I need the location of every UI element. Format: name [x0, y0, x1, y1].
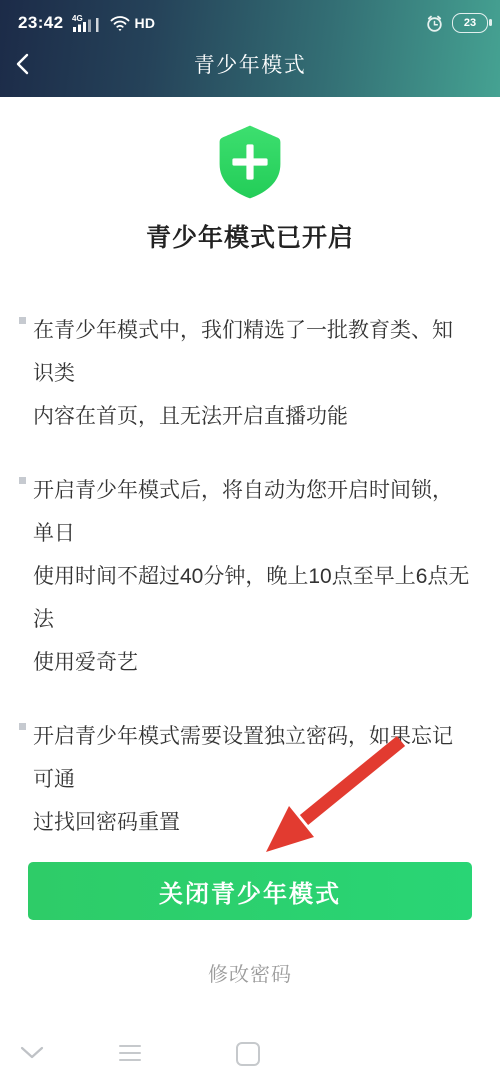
clock-time: 23:42	[18, 13, 63, 33]
shield-plus-icon	[210, 124, 290, 200]
battery-indicator: 23	[452, 13, 488, 33]
back-button[interactable]	[16, 48, 44, 80]
change-password-link[interactable]: 修改密码	[0, 958, 500, 987]
page-title: 青少年模式	[194, 49, 307, 79]
status-bar: 23:42 4G HD 23	[0, 0, 500, 36]
close-teen-mode-button[interactable]: 关闭青少年模式	[28, 862, 472, 920]
home-square-icon[interactable]	[236, 1042, 260, 1066]
mode-status-title: 青少年模式已开启	[0, 218, 500, 254]
wifi-icon	[110, 15, 130, 32]
network-type-label: 4G	[72, 14, 83, 23]
battery-level: 23	[464, 17, 476, 29]
hide-navbar-chevron-icon[interactable]	[20, 1046, 44, 1059]
recents-menu-icon[interactable]	[119, 1045, 141, 1066]
bullet-item-time-lock: 开启青少年模式后，将自动为您开启时间锁，单日 使用时间不超过40分钟，晚上10点…	[33, 469, 470, 684]
alarm-clock-icon	[425, 14, 444, 33]
hd-indicator: HD	[134, 15, 155, 31]
nav-bar: 青少年模式	[0, 36, 500, 92]
cell-signal-icon: 4G	[72, 14, 102, 33]
annotation-arrow-icon	[246, 728, 414, 858]
bullet-item-home-content: 在青少年模式中，我们精选了一批教育类、知识类 内容在首页，且无法开启直播功能	[33, 309, 470, 438]
app-header: 23:42 4G HD 23	[0, 0, 500, 97]
back-chevron-icon	[16, 53, 29, 75]
